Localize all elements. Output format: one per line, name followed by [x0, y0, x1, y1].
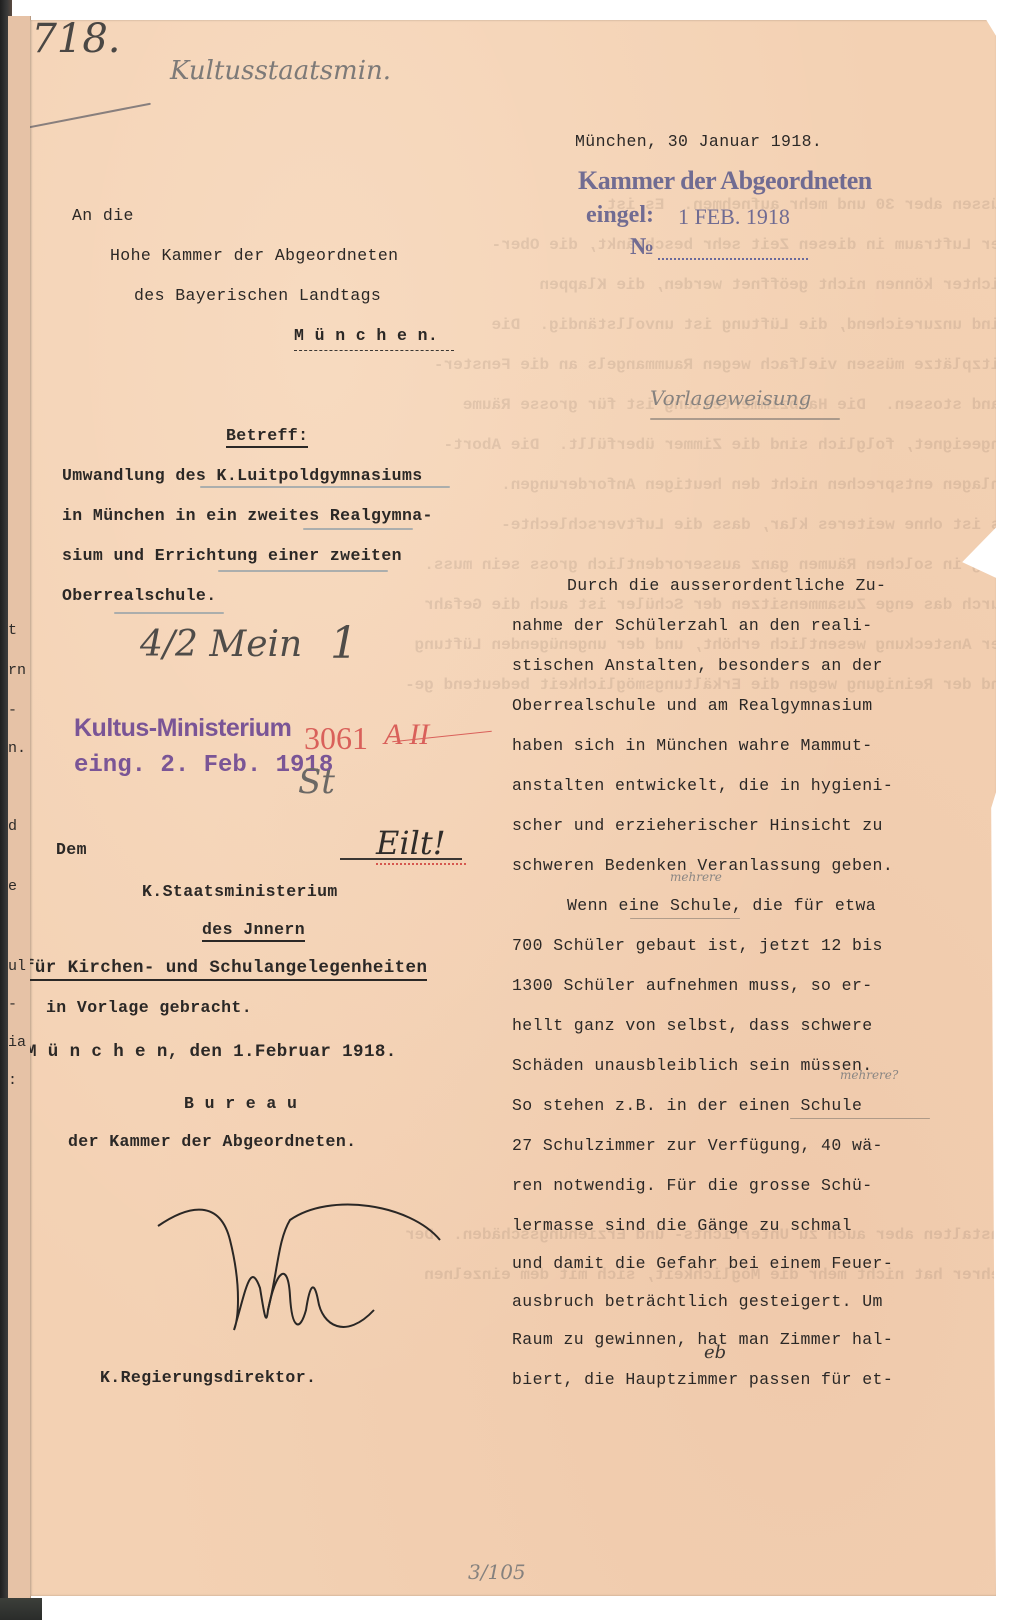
body-line: ausbruch beträchtlich gesteigert. Um [512, 1292, 883, 1311]
handwritten-note: 4/2 Mein [140, 624, 302, 665]
body-line: 700 Schüler gebaut ist, jetzt 12 bis [512, 936, 883, 955]
margin-fragment: ia [8, 1034, 26, 1051]
pencil-underline [790, 1118, 930, 1119]
pencil-stroke [13, 103, 151, 132]
body-line: 27 Schulzimmer zur Verfügung, 40 wä- [512, 1136, 883, 1155]
subject-line: Oberrealschule. [62, 586, 217, 605]
interlinear-correction: eb [704, 1342, 726, 1363]
margin-fragment: n. [8, 740, 26, 757]
ministry-stamp-date: eing. 2. Feb. 1918 [74, 752, 333, 779]
body-line: scher und erzieherischer Hinsicht zu [512, 816, 883, 835]
pencil-note-right: Vorlageweisung [650, 386, 811, 410]
margin-fragment: ul [8, 958, 26, 975]
page-number: 3/105 [468, 1560, 526, 1584]
pencil-note-top: Kultusstaatsmin. [170, 56, 391, 86]
body-line: Durch die ausserordentliche Zu- [567, 576, 886, 595]
body-line: Oberrealschule und am Realgymnasium [512, 696, 873, 715]
bleed-through-text: Durch das enge Zusammensitzen der Schüle… [210, 596, 1010, 614]
forwarding-line-4: für Kirchen- und Schulangelegenheiten [24, 958, 427, 981]
bleed-through-text: ungeeignet, folglich sind die Zimmer übe… [210, 436, 1010, 454]
address-line-2: Hohe Kammer der Abgeordneten [110, 246, 398, 265]
body-line: lermasse sind die Gänge zu schmal [512, 1216, 852, 1235]
body-line: und damit die Gefahr bei einem Feuer- [512, 1254, 893, 1273]
pencil-underline [630, 918, 740, 919]
pencil-stroke [650, 418, 840, 420]
body-line: So stehen z.B. in der einen Schule [512, 1096, 862, 1115]
address-line-3: des Bayerischen Landtags [134, 286, 381, 305]
letter-date: München, 30 Januar 1918. [575, 132, 822, 151]
ministry-stamp-suffix: A II [384, 718, 429, 752]
underlying-page-edge: t rn - n. d e ul - ia : [8, 16, 31, 1600]
forwarding-chamber: der Kammer der Abgeordneten. [68, 1132, 356, 1151]
body-line: haben sich in München wahre Mammut- [512, 736, 873, 755]
forwarding-title: K.Regierungsdirektor. [100, 1368, 316, 1387]
blue-pencil-underline [218, 570, 388, 572]
margin-fragment: e [8, 878, 17, 895]
blue-pencil-underline [303, 528, 413, 530]
address-line-4: M ü n c h e n. [294, 326, 438, 345]
address-dashed-underline [294, 350, 454, 351]
address-line-1: An die [72, 206, 134, 225]
forwarding-line-3: des Jnnern [202, 920, 305, 942]
bleed-through-text: wand stossen. Die Halbzimmerteilung ist … [210, 396, 1010, 414]
body-line: biert, die Hauptzimmer passen für et- [512, 1370, 893, 1389]
received-stamp-label: eingel: [586, 202, 654, 229]
binding-corner [0, 1598, 42, 1620]
body-line: Schäden unausbleiblich sein müssen. [512, 1056, 873, 1075]
interlinear-note: mehrere [670, 870, 722, 884]
margin-fragment: : [8, 1072, 17, 1089]
handwritten-mark: 1 [330, 618, 358, 669]
red-underline [376, 863, 466, 865]
subject-line: sium und Errichtung einer zweiten [62, 546, 402, 565]
margin-fragment: - [8, 702, 17, 719]
body-line: stischen Anstalten, besonders an der [512, 656, 883, 675]
margin-fragment: d [8, 818, 17, 835]
interlinear-note: mehrere? [840, 1068, 898, 1082]
subject-line: Umwandlung des K.Luitpoldgymnasiums [62, 466, 423, 485]
handwritten-initials: St [298, 762, 335, 802]
blue-pencil-underline [200, 486, 450, 488]
body-line: ren notwendig. Für die grosse Schü- [512, 1176, 873, 1195]
subject-heading: Betreff: [226, 426, 308, 448]
body-line: 1300 Schüler aufnehmen muss, so er- [512, 976, 873, 995]
bleed-through-text: und der Reinigung wegen die Erkältungsmö… [210, 676, 1010, 694]
body-line: anstalten entwickelt, die in hygieni- [512, 776, 893, 795]
ink-underline [340, 858, 462, 860]
received-stamp-number-mark: № [630, 234, 654, 261]
forwarding-line-1: Dem [56, 840, 87, 859]
bleed-through-text: Sitzplätze müssen vielfach wegen Raumman… [210, 356, 1010, 374]
body-line: hellt ganz von selbst, dass schwere [512, 1016, 873, 1035]
margin-fragment: rn [8, 662, 26, 679]
forwarding-line-2: K.Staatsministerium [142, 882, 338, 901]
received-stamp-date: 1 FEB. 1918 [678, 204, 790, 230]
body-line: nahme der Schülerzahl an den reali- [512, 616, 873, 635]
forwarding-line-5: in Vorlage gebracht. [46, 998, 252, 1017]
ministry-stamp-number: 3061 [304, 720, 368, 757]
body-line: Raum zu gewinnen, hat man Zimmer hal- [512, 1330, 893, 1349]
blue-pencil-underline [114, 612, 224, 614]
signature [150, 1200, 470, 1350]
margin-fragment: t [8, 622, 17, 639]
margin-fragment: - [8, 996, 17, 1013]
received-stamp-line [658, 258, 808, 260]
body-line: Wenn eine Schule, die für etwa [567, 896, 876, 915]
received-stamp-title: Kammer der Abgeordneten [578, 166, 872, 196]
document-page: müssen aber 30 und mehr aufnehmen. Es is… [30, 20, 996, 1596]
forwarding-bureau: B u r e a u [184, 1094, 297, 1113]
forwarding-place-date: M ü n c h e n, den 1.Februar 1918. [26, 1042, 397, 1062]
ministry-stamp-title: Kultus-Ministerium [74, 714, 291, 743]
handwritten-urgent: Eilt! [376, 824, 446, 862]
subject-line: in München in ein zweites Realgymna- [62, 506, 433, 525]
